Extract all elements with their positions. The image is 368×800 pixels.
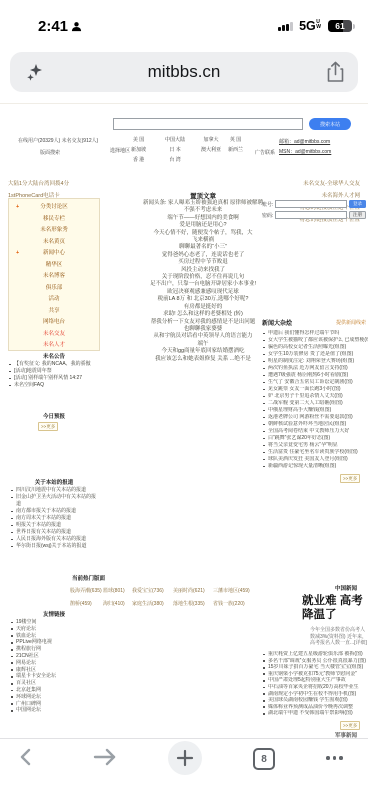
friend-links-list: 19楼空间天府论坛铁血论坛PPLive网络电视携程旅行网21CN社区网易论坛康辉… (10, 619, 98, 714)
news-mix-item[interactable]: 白“跳舞”张艺谋20年好态(图) (262, 435, 368, 442)
reports-list: 四川汶川地震中有关本站的报道旧金山护卫圣火活动中有关本站的报道南方都市报关于本站… (10, 487, 98, 550)
friend-link-item[interactable]: 中国网论坛 (10, 707, 98, 714)
china-news-item[interactable]: 媒体称业界预测成品油价今晚再次调整 (262, 704, 368, 711)
notice-item[interactable]: [活动]地震周年祭 (8, 368, 100, 375)
notice-list: 【有奖征文: 我的NCAA、我的骄傲[活动]地震周年祭[活动] 别样端午别样风情… (8, 361, 100, 389)
today-forecast-header: 今日预报 (8, 412, 100, 420)
china-news-item[interactable]: 重庆耗资上亿建五星级游轮俱乐部 被拆(图) (262, 651, 368, 658)
register-button[interactable]: 注册 (349, 211, 366, 219)
china-news-headline[interactable]: 就业难 高考降温了 (302, 595, 368, 622)
pinned-article-link[interactable]: 聊聊最著名的“小三” (118, 244, 288, 251)
region-link[interactable]: 英 国 (228, 135, 243, 145)
password-input[interactable] (275, 211, 347, 219)
region-link[interactable]: 香 港 (131, 155, 146, 165)
news-mix-list: 申遗后 我们懂得怎样过端午节吗女大学生被猫咬了都应该被保护么 已成塑梗(组图)骗… (262, 330, 368, 470)
news-mix-item[interactable]: 申遗后 我们懂得怎样过端午节吗 (262, 330, 368, 337)
news-mix-item[interactable]: 中俄星理财高手大赚钱(组图) (262, 407, 368, 414)
news-mix-item[interactable]: 女学生10万装修房 贵了还是值了(组图) (262, 351, 368, 358)
sidebar-item[interactable]: 移民专栏 (9, 214, 99, 226)
hot-board-link[interactable]: 落地生根(335) (173, 600, 213, 607)
hot-board-link[interactable]: 鹊桥(459) (70, 600, 103, 607)
news-mix-item[interactable]: 朝鲜核试验意外吓坏当地居民(组图) (262, 421, 368, 428)
china-news-item[interactable]: 多名干部“调戏”女服务员 公仆很真很暴力(图) (262, 658, 368, 665)
friend-links-header: 友情链接 (8, 610, 100, 618)
region-link[interactable]: 日 本 (165, 145, 185, 155)
friend-link-item[interactable]: 携程旅行网 (10, 646, 98, 653)
news-mix-item[interactable]: 妒 北京男子千里追杀情人丈夫(图) (262, 393, 368, 400)
news-mix-item[interactable]: 将当父亲竟变宅男 杨云“孕”明显 (262, 442, 368, 449)
report-item[interactable]: 四川汶川地震中有关本站的报道 (10, 487, 98, 494)
menu-icon[interactable] (326, 756, 343, 760)
china-news-item[interactable]: 中石油等百家央企将招收20万高校毕业生 (262, 684, 368, 691)
report-item[interactable]: 南方周末关于本站的报道 (10, 515, 98, 522)
sidebar-item[interactable]: 精华区 (9, 260, 99, 272)
password-label: 密码: (262, 212, 273, 219)
report-item[interactable]: 南方都市报关于本站的报道 (10, 508, 98, 515)
news-mix-item[interactable]: 生气了 安徽合五常员工诉讼定制剧(图) (262, 379, 368, 386)
board-search-link[interactable]: 版面搜索 (40, 150, 60, 157)
clock-text: 2:41 (38, 18, 68, 35)
notice-item[interactable]: [活动] 别样端午别样风情 14:27 (8, 375, 100, 382)
report-item[interactable]: 旧金山护卫圣火活动中有关本站的报道 (10, 494, 98, 508)
hot-boards-row-1: 股海弄潮(635)篮球(801)我爱宝宝(736)美丽时尚(621)三藩市地区(… (70, 587, 290, 594)
china-news-summary: 今年全国多数省份高考人数减3%(资料图) 近年来，高考报名人数一直...[详细] (310, 627, 368, 647)
region-link[interactable]: 加拿大 (201, 135, 221, 145)
ad-contact-label: 广告联系 (255, 150, 275, 157)
pinned-header: 置顶文章 (118, 191, 288, 200)
news-mix-item[interactable]: 球队美酒庆发狂 美国友人登月(组图) (262, 456, 368, 463)
email-link[interactable]: 邮箱：ad@mitbbs.com (279, 139, 330, 146)
status-indicators: 5G UW 61 (278, 19, 352, 33)
account-label: 账号: (262, 201, 273, 208)
report-item[interactable]: 世界日报有关本站的报道 (10, 529, 98, 536)
region-column-1: 美 国新加坡香 港 (131, 135, 146, 165)
news-mix-more-button[interactable]: >>更多 (340, 474, 360, 483)
browser-toolbar: 8 (0, 738, 368, 800)
ad-link[interactable]: 大陆1分大陆台湾回拨4分 (8, 178, 158, 190)
back-icon[interactable] (17, 747, 35, 772)
signal-icon (278, 21, 293, 31)
news-mix-item[interactable]: 女大学生被猫咬了都应该被保护么 已成塑梗(组图) (262, 337, 368, 344)
pinned-article-link[interactable]: 今天心情不好，随便发个帖子，骂我，大 (118, 230, 288, 237)
hot-boards-header: 当前热门版面 (72, 574, 105, 582)
network-type: 5G UW (299, 19, 321, 33)
region-column-3: 加拿大澳大利亚 (201, 135, 221, 155)
network-label: 5G (299, 19, 316, 33)
friend-link-item[interactable]: 北京赶集网 (10, 687, 98, 694)
browser-chrome-top: mitbbs.cn (0, 50, 368, 94)
friend-link-item[interactable]: 网易论坛 (10, 660, 98, 667)
sidebar-item[interactable]: 网络电台 (9, 317, 99, 329)
sidebar-item[interactable]: 活动 (9, 294, 99, 306)
news-mix-item[interactable]: 新疆西游记惊现大量清晰(组图) (262, 463, 368, 470)
news-mix-item[interactable]: 两次钓鱼执法 近万网友留言支持(图) (262, 365, 368, 372)
sidebar-item[interactable]: 未名人才 (9, 340, 99, 352)
sidebar-item[interactable]: 共享 (9, 306, 99, 318)
china-news-item[interactable]: 重庆钢梁小学被克扣75元“教师节慰问金” (262, 671, 368, 678)
news-mix-item[interactable]: 返港老牌公司 网游粉丝不需要退款(图) (262, 414, 368, 421)
sidebar-item[interactable]: 未名博客 (9, 271, 99, 283)
pinned-article-link[interactable]: 有房都是挺好的 (118, 304, 288, 311)
news-mix-header: 新闻大杂烩 (262, 318, 292, 327)
notice-header: 未名公告 (8, 352, 100, 360)
notice-more-button[interactable]: >>更多 (38, 422, 58, 431)
sidebar-item[interactable]: 未名交友 (9, 329, 99, 341)
reports-header: 关于本站的报道 (8, 478, 100, 486)
friend-link-item[interactable]: 百灵社区 (10, 680, 98, 687)
china-news-item[interactable]: 湖南规定小学初中生在校不得用手机(图) (262, 691, 368, 698)
login-form: 账号: 登录 密码: 注册 (262, 200, 366, 222)
sidebar-item[interactable]: 新闻中心 (9, 248, 99, 260)
china-news-item[interactable]: 美国球员湖南校园赚钱 学生围观(图) (262, 697, 368, 704)
news-mix-item[interactable]: 遭遇7级强震 杨臣刚熬6小时看剧(图) (262, 372, 368, 379)
friend-link-item[interactable]: 环球网论坛 (10, 694, 98, 701)
sidebar-item[interactable]: 分类讨论区 (9, 202, 99, 214)
hot-boards-row-2: 鹊桥(459)海归(410)家庭生活(380)落地生根(335)省钱一族(220… (70, 600, 290, 607)
region-link[interactable]: 美 国 (131, 135, 146, 145)
sidebar-nav: 分类讨论区移民专栏未名形象秀未名黄页新闻中心精华区未名博客俱乐部活动共享网络电台… (8, 198, 100, 351)
hot-board-link[interactable]: 省钱一族(220) (213, 600, 259, 607)
status-bar: 2:41 5G UW 61 (0, 0, 368, 44)
news-mix-item[interactable]: 生活富贵 住豪宅坐名车读贵族学校(组图) (262, 449, 368, 456)
hot-board-link[interactable]: 美丽时尚(621) (173, 587, 213, 594)
hot-board-link[interactable]: 我爱宝宝(736) (132, 587, 173, 594)
china-news-item[interactable]: 湖北端午申遗 不受韩国端午祭影响(图) (262, 710, 368, 717)
report-item[interactable]: 人民日报海外版有关本站的报道 (10, 536, 98, 543)
china-news-more-button[interactable]: >>更多 (340, 721, 360, 730)
share-icon[interactable] (326, 61, 345, 88)
friend-link-item[interactable]: 21CN社区 (10, 653, 98, 660)
china-news-list: 重庆耗资上亿建五星级游轮俱乐部 被拆(图)多名干部“调戏”女服务员 公仆很真很暴… (262, 651, 368, 717)
sidebar-item[interactable]: 未名形象秀 (9, 225, 99, 237)
news-tip-link[interactable]: 提供新闻线索 (336, 319, 366, 326)
news-mix-item[interactable]: 骗色的高校女记者生活照曝光(组图) (262, 344, 368, 351)
url-text[interactable]: mitbbs.cn (148, 62, 221, 82)
status-time: 2:41 (38, 18, 82, 35)
pinned-article-link[interactable]: 税前LA 8万 和 北京30万,选哪个好呢? (118, 296, 288, 303)
hot-board-link[interactable]: 家庭生活(380) (132, 600, 173, 607)
hot-board-link[interactable]: 股海弄潮(635) (70, 587, 103, 594)
pinned-article-link[interactable]: 风投主动来找我了 (118, 267, 288, 274)
china-news-header: 中国新闻 (335, 584, 357, 592)
battery-icon: 61 (328, 20, 352, 32)
friend-link-item[interactable]: 天府论坛 (10, 626, 98, 633)
region-link[interactable]: 澳大利亚 (201, 145, 221, 155)
pinned-article-link[interactable]: 足不出户，只靠一台电脑开辟居家小本事业! (118, 281, 288, 288)
new-tab-button[interactable] (168, 741, 202, 775)
region-link[interactable]: 台 湾 (165, 155, 185, 165)
forward-icon[interactable] (93, 747, 117, 772)
hot-board-link[interactable]: 篮球(801) (103, 587, 132, 594)
news-mix-item[interactable]: 二战军舰 变第二大人工暗礁(组图) (262, 400, 368, 407)
ad-link[interactable]: 未名交友-全球华人交友 (210, 178, 360, 190)
notice-item[interactable]: 未名空间FAQ (8, 382, 100, 389)
address-bar[interactable]: mitbbs.cn (10, 52, 358, 92)
sidebar-item[interactable]: 未名黄页 (9, 237, 99, 249)
account-input[interactable] (275, 200, 347, 208)
battery-percent: 61 (335, 21, 344, 31)
sparkle-icon[interactable] (25, 62, 45, 87)
sidebar-item[interactable]: 俱乐部 (9, 283, 99, 295)
region-link[interactable]: 中国大陆 (165, 135, 185, 145)
region-column-4: 英 国新西兰 (228, 135, 243, 155)
msn-link[interactable]: MSN：ad@mitbbs.com (279, 149, 331, 156)
pinned-article-link[interactable]: 爱是用脑还是用心? (118, 222, 288, 229)
report-item[interactable]: 华尔街日报(wsj)关于本站的报道 (10, 543, 98, 550)
notice-item[interactable]: 【有奖征文: 我的NCAA、我的骄傲 (8, 361, 100, 368)
site-search-button[interactable]: 搜索本站 (309, 118, 351, 130)
pinned-article-link[interactable]: 买房过程中节节败退 (118, 259, 288, 266)
news-mix-item[interactable]: 见女跳票 女友一面长跑3小时(图) (262, 386, 368, 393)
region-link[interactable]: 新加坡 (131, 145, 146, 155)
region-link[interactable]: 新西兰 (228, 145, 243, 155)
news-mix-item[interactable]: 明星的制度注定: 刘翔荣登大赛场(组图) (262, 358, 368, 365)
china-news-item[interactable]: 15岁川妹子捐百万豪宅 当大楼管宝宝(组图) (262, 664, 368, 671)
browser-window: 2:41 5G UW 61 mitbbs.cn (0, 0, 368, 800)
web-content: 搜索本站 在线用户(20329人) 未名交友(912人) 版面搜索 选择地区 美… (0, 103, 368, 739)
hot-board-link[interactable]: 海归(410) (103, 600, 132, 607)
hot-board-link[interactable]: 三藩市地区(459) (213, 587, 259, 594)
focus-person-icon (71, 21, 82, 32)
china-news-item[interactable]: 中国严肃处理5起特别重大生产事故 (262, 677, 368, 684)
tab-switcher-button[interactable]: 8 (253, 748, 275, 770)
tab-count: 8 (261, 754, 267, 765)
report-item[interactable]: 明报关于本站的报道 (10, 522, 98, 529)
region-column-2: 中国大陆日 本台 湾 (165, 135, 185, 165)
news-mix-item[interactable]: 全国高考阅卷结束 中文教师压力大好 (262, 428, 368, 435)
friend-link-item[interactable]: 19楼空间 (10, 619, 98, 626)
login-button[interactable]: 登录 (349, 200, 366, 208)
region-label: 选择地区 (110, 148, 130, 155)
online-users-text: 在线用户(20329人) 未名交友(912人) (18, 138, 98, 145)
site-search-input[interactable] (113, 118, 303, 130)
